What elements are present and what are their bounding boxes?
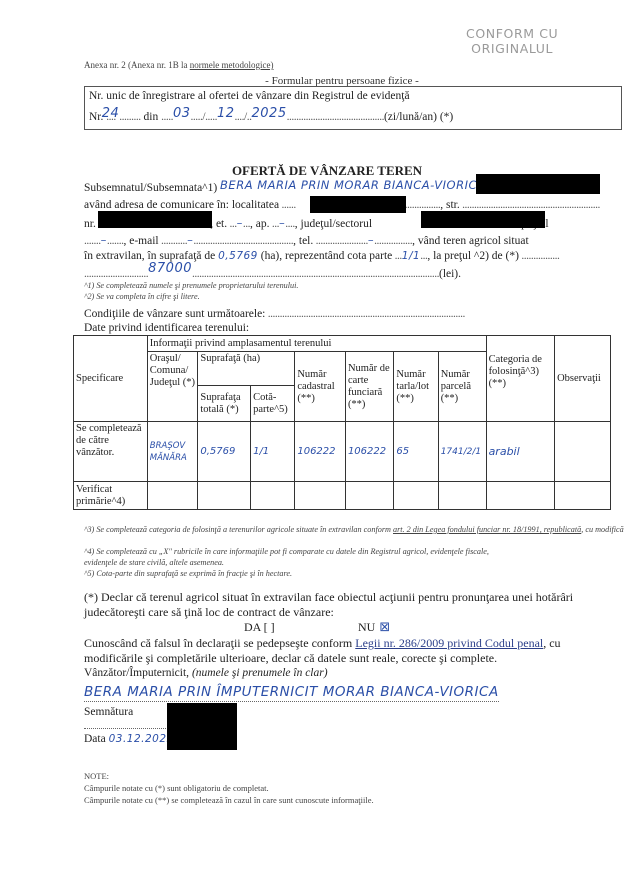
- cell-nr-parcela[interactable]: 1741/2/1: [438, 422, 486, 482]
- registration-month[interactable]: 12: [217, 106, 235, 121]
- header-suprafata: Suprafaţă (ha): [198, 352, 295, 386]
- cell-nr-carte[interactable]: [345, 482, 393, 510]
- cell-categoria[interactable]: [486, 482, 555, 510]
- cell-oras[interactable]: BRAŞOV MĂNĂRA: [147, 422, 198, 482]
- penal-line-2: modificările şi completările ulterioare,…: [84, 651, 497, 666]
- conditions-line: Condiţiile de vânzare sunt următoarele: …: [84, 308, 465, 320]
- annex-link[interactable]: normele metodologice): [190, 60, 274, 70]
- cell-cota-parte[interactable]: [251, 482, 295, 510]
- header-categoria: Categoria de folosinţă^3) (**): [486, 336, 555, 422]
- checked-x-icon: ⊠: [379, 620, 390, 635]
- header-nr-parcela: Număr parcelă (**): [438, 352, 486, 422]
- footnote-5: ^5) Cota-parte din suprafaţă se exprimă …: [84, 569, 292, 578]
- header-cota-parte: Cotă-parte^5): [251, 386, 295, 422]
- redacted-county: [421, 211, 545, 228]
- signature-label: Semnătura: [84, 706, 133, 718]
- header-observatii: Observaţii: [555, 336, 611, 422]
- cell-suprafata-totala[interactable]: [198, 482, 251, 510]
- address-line-3: .......–......., e-mail ...........–....…: [84, 233, 529, 247]
- cell-nr-parcela[interactable]: [438, 482, 486, 510]
- registration-number[interactable]: 24: [102, 106, 120, 121]
- redacted-signature: [167, 703, 237, 750]
- header-oras: Oraşul/ Comuna/ Judeţul (*): [147, 352, 198, 422]
- notes-line-2: Câmpurile notate cu (**) se completează …: [84, 795, 374, 805]
- seller-name[interactable]: BERA MARIA PRIN ÎMPUTERNICIT MORAR BIANC…: [84, 684, 499, 702]
- owner-name[interactable]: BERA MARIA PRIN MORAR BIANCA-VIORICA: [220, 178, 485, 192]
- row-label: Se completează de către vânzător.: [74, 422, 148, 482]
- signature-field[interactable]: [84, 728, 168, 729]
- notes-line-1: Câmpurile notate cu (*) sunt obligatoriu…: [84, 783, 269, 793]
- notes-title: NOTE:: [84, 771, 109, 781]
- land-section-label: Date privind identificarea terenului:: [84, 322, 249, 334]
- cell-nr-tarla[interactable]: [394, 482, 438, 510]
- registration-box: Nr. unic de înregistrare al ofertei de v…: [84, 86, 622, 130]
- header-location-group: Informaţii privind amplasamentul terenul…: [147, 336, 486, 352]
- date-line: Data 03.12.2025: [84, 733, 174, 745]
- offered-area[interactable]: 0,5769: [218, 250, 258, 262]
- cell-nr-cadastral[interactable]: 106222: [295, 422, 346, 482]
- header-nr-cadastral: Număr cadastral (**): [295, 352, 346, 422]
- header-suprafata-totala: Suprafaţa totală (*): [198, 386, 251, 422]
- redacted-cnp: [476, 174, 600, 194]
- offered-share[interactable]: 1/1: [402, 250, 420, 262]
- cell-nr-tarla[interactable]: 65: [394, 422, 438, 482]
- footnote-3: ^3) Se completează categoria de folosinţ…: [84, 525, 624, 534]
- table-row: Verificat primărie^4): [74, 482, 611, 510]
- header-nr-tarla: Număr tarla/lot (**): [394, 352, 438, 422]
- footnote-4: ^4) Se completează cu „X" rubricile în c…: [84, 547, 489, 556]
- registration-label: Nr. unic de înregistrare al ofertei de v…: [89, 90, 410, 102]
- cell-suprafata-totala[interactable]: 0,5769: [198, 422, 251, 482]
- declaration-line-1: (*) Declar că terenul agricol situat în …: [84, 590, 573, 605]
- footnote-1: ^1) Se completează numele şi prenumele p…: [84, 281, 298, 290]
- redacted-locality: [310, 196, 406, 213]
- redacted-street-number: [98, 211, 212, 228]
- penal-code-link[interactable]: Legii nr. 286/2009 privind Codul penal: [355, 636, 543, 650]
- cell-categoria[interactable]: arabil: [486, 422, 555, 482]
- cell-nr-carte[interactable]: 106222: [345, 422, 393, 482]
- header-specificare: Specificare: [74, 336, 148, 422]
- registration-year[interactable]: 2025: [252, 106, 287, 121]
- cell-nr-cadastral[interactable]: [295, 482, 346, 510]
- footnote-4b: evidenţele de stare civilă, altele aseme…: [84, 558, 224, 567]
- land-identification-table: Specificare Informaţii privind amplasame…: [73, 335, 611, 510]
- footnote-2: ^2) Se va completa în cifre şi litere.: [84, 292, 200, 301]
- cell-observatii[interactable]: [555, 482, 611, 510]
- signature-date[interactable]: 03.12.2025: [109, 733, 174, 745]
- registration-number-line: Nr. ....24......... din .....03...../...…: [89, 109, 453, 124]
- table-row: Se completează de către vânzător. BRAŞOV…: [74, 422, 611, 482]
- option-nu[interactable]: NU ⊠: [358, 620, 390, 635]
- penal-line-1: Cunoscând că falsul în declaraţii se ped…: [84, 636, 561, 651]
- cell-observatii[interactable]: [555, 422, 611, 482]
- cell-cota-parte[interactable]: 1/1: [251, 422, 295, 482]
- law-18-1991-link[interactable]: art. 2 din Legea fondului funciar nr. 18…: [393, 525, 581, 534]
- header-nr-carte: Număr de carte funciară (**): [345, 352, 393, 422]
- row-label: Verificat primărie^4): [74, 482, 148, 510]
- owner-line: Subsemnatul/Subsemnata^1) BERA MARIA PRI…: [84, 180, 525, 194]
- option-da[interactable]: DA [ ]: [244, 620, 275, 635]
- conform-stamp: CONFORM CU ORIGINALUL: [466, 26, 558, 56]
- declaration-line-2: judecătoreşti care să ţină loc de contra…: [84, 605, 334, 620]
- offered-price[interactable]: 87000: [148, 261, 192, 276]
- seller-label-line: Vânzător/Împuternicit, (numele şi prenum…: [84, 667, 328, 679]
- registration-day[interactable]: 03: [173, 106, 191, 121]
- annex-reference: Anexa nr. 2 (Anexa nr. 1B la normele met…: [84, 60, 273, 70]
- cell-oras[interactable]: [147, 482, 198, 510]
- price-line: ...........................87000........…: [84, 266, 461, 281]
